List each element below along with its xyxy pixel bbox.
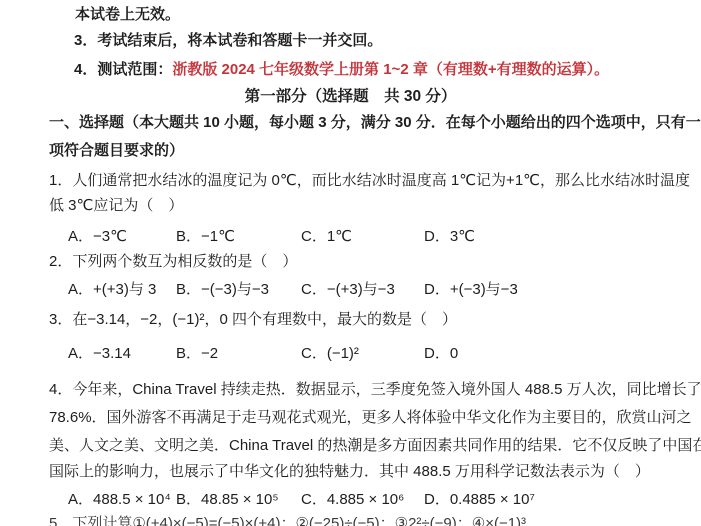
question-4-option-d: D．0.4885 × 10⁷	[424, 491, 535, 508]
notice-item-4: 4．测试范围：浙教版 2024 七年级数学上册第 1~2 章（有理数+有理数的运…	[74, 61, 609, 78]
question-3-option-d: D．0	[424, 345, 458, 362]
question-2-line-1: 2．下列两个数互为相反数的是（ ）	[49, 253, 297, 270]
question-2-options: A．+(+3)与 3 B．−(−3)与−3 C．−(+3)与−3 D．+(−3)…	[0, 281, 701, 299]
question-2-option-a: A．+(+3)与 3	[68, 281, 156, 298]
question-1-option-d: D．3℃	[424, 228, 475, 245]
question-2-option-b: B．−(−3)与−3	[176, 281, 269, 298]
question-2-option-c: C．−(+3)与−3	[301, 281, 395, 298]
question-4-line-4: 国际上的影响力，也展示了中华文化的独特魅力．其中 488.5 万用科学记数法表示…	[49, 463, 650, 480]
question-3-options: A．−3.14 B．−2 C．(−1)² D．0	[0, 345, 701, 363]
notice-continuation: 本试卷上无效。	[75, 6, 180, 23]
question-1-options: A．−3℃ B．−1℃ C．1℃ D．3℃	[0, 228, 701, 246]
question-1-option-c: C．1℃	[301, 228, 352, 245]
question-1-option-a: A．−3℃	[68, 228, 127, 245]
section-heading: 第一部分（选择题 共 30 分）	[0, 88, 701, 106]
question-1-line-1: 1．人们通常把水结冰的温度记为 0℃，而比水结冰时温度高 1℃记为+1℃，那么比…	[49, 172, 690, 189]
question-1-option-b: B．−1℃	[176, 228, 235, 245]
question-1-line-2: 低 3℃应记为（ ）	[49, 197, 183, 214]
question-4-line-3: 美、人文之美、文明之美．China Travel 的热潮是多方面因素共同作用的结…	[49, 437, 701, 454]
question-4-line-2: 78.6%．国外游客不再满足于走马观花式观光，更多人将体验中华文化作为主要目的，…	[49, 409, 692, 426]
question-3-option-b: B．−2	[176, 345, 218, 362]
question-3-line-1: 3．在−3.14，−2，(−1)²，0 四个有理数中，最大的数是（ ）	[49, 311, 457, 328]
question-4-option-a: A．488.5 × 10⁴	[68, 491, 171, 508]
question-4-options: A．488.5 × 10⁴ B．48.85 × 10⁵ C．4.885 × 10…	[0, 491, 701, 509]
question-4-line-1: 4．今年来，China Travel 持续走热．数据显示，三季度免签入境外国人 …	[49, 381, 701, 398]
test-scope-highlight: 浙教版 2024 七年级数学上册第 1~2 章（有理数+有理数的运算）。	[172, 61, 609, 78]
question-2-option-d: D．+(−3)与−3	[424, 281, 518, 298]
question-4-option-b: B．48.85 × 10⁵	[176, 491, 279, 508]
question-3-option-c: C．(−1)²	[301, 345, 359, 362]
question-3-option-a: A．−3.14	[68, 345, 131, 362]
notice-item-4-prefix: 4．测试范围：	[74, 61, 172, 78]
question-4-option-c: C．4.885 × 10⁶	[301, 491, 404, 508]
choice-intro-line-2: 项符合题目要求的）	[49, 142, 184, 159]
choice-intro-line-1: 一、选择题（本大题共 10 小题，每小题 3 分，满分 30 分．在每个小题给出…	[49, 114, 701, 131]
exam-paper-page: 本试卷上无效。 3．考试结束后，将本试卷和答题卡一并交回。 4．测试范围：浙教版…	[0, 0, 701, 526]
question-5-line-1-partial: 5．下列计算①(+4)×(−5)=(−5)×(+4)；②(−25)÷(−5)；③…	[49, 515, 526, 526]
notice-item-3: 3．考试结束后，将本试卷和答题卡一并交回。	[74, 32, 382, 49]
